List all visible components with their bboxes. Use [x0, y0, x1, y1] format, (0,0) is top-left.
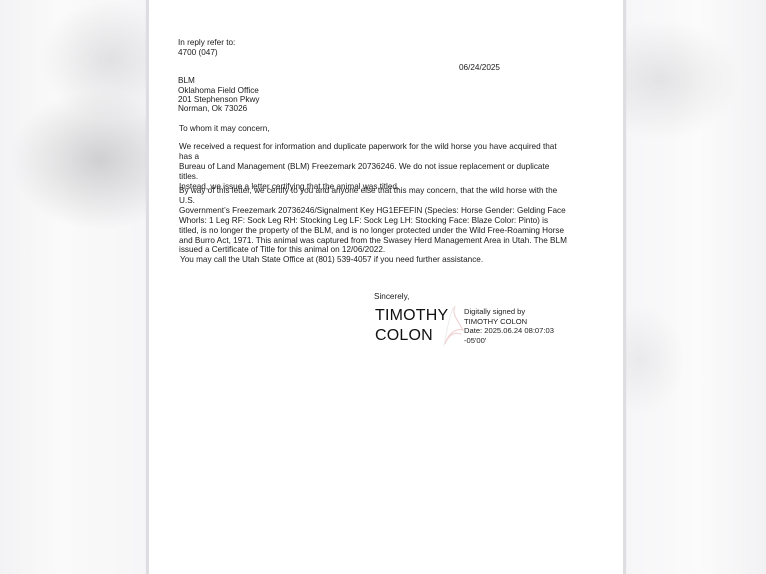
- signature-name: TIMOTHY COLON: [375, 306, 448, 346]
- digital-signature-tz: -05'00': [464, 336, 554, 346]
- signature-first-name: TIMOTHY: [375, 306, 448, 326]
- reference-label: In reply refer to:: [178, 38, 235, 48]
- paragraph-request: We received a request for information an…: [179, 142, 569, 192]
- signature-last-name: COLON: [375, 326, 448, 346]
- paragraph-contact: You may call the Utah State Office at (8…: [180, 255, 570, 265]
- salutation: To whom it may concern,: [179, 124, 270, 134]
- adobe-signature-swoosh-icon: [441, 304, 465, 348]
- paragraph-certification: By way of this letter, we certify to you…: [179, 186, 569, 255]
- address-line-1: BLM: [178, 76, 195, 86]
- digital-signature-date: Date: 2025.06.24 08:07:03: [464, 326, 554, 336]
- address-line-4: Norman, Ok 73026: [178, 104, 247, 114]
- document-page: In reply refer to: 4700 (047) 06/24/2025…: [146, 0, 626, 574]
- letter-date: 06/24/2025: [459, 63, 500, 73]
- digital-signature-block: Digitally signed by TIMOTHY COLON Date: …: [464, 307, 554, 345]
- digital-signed-by-label: Digitally signed by: [464, 307, 554, 317]
- reference-code: 4700 (047): [178, 48, 218, 58]
- closing: Sincerely,: [374, 292, 409, 302]
- digital-signer-name: TIMOTHY COLON: [464, 317, 554, 327]
